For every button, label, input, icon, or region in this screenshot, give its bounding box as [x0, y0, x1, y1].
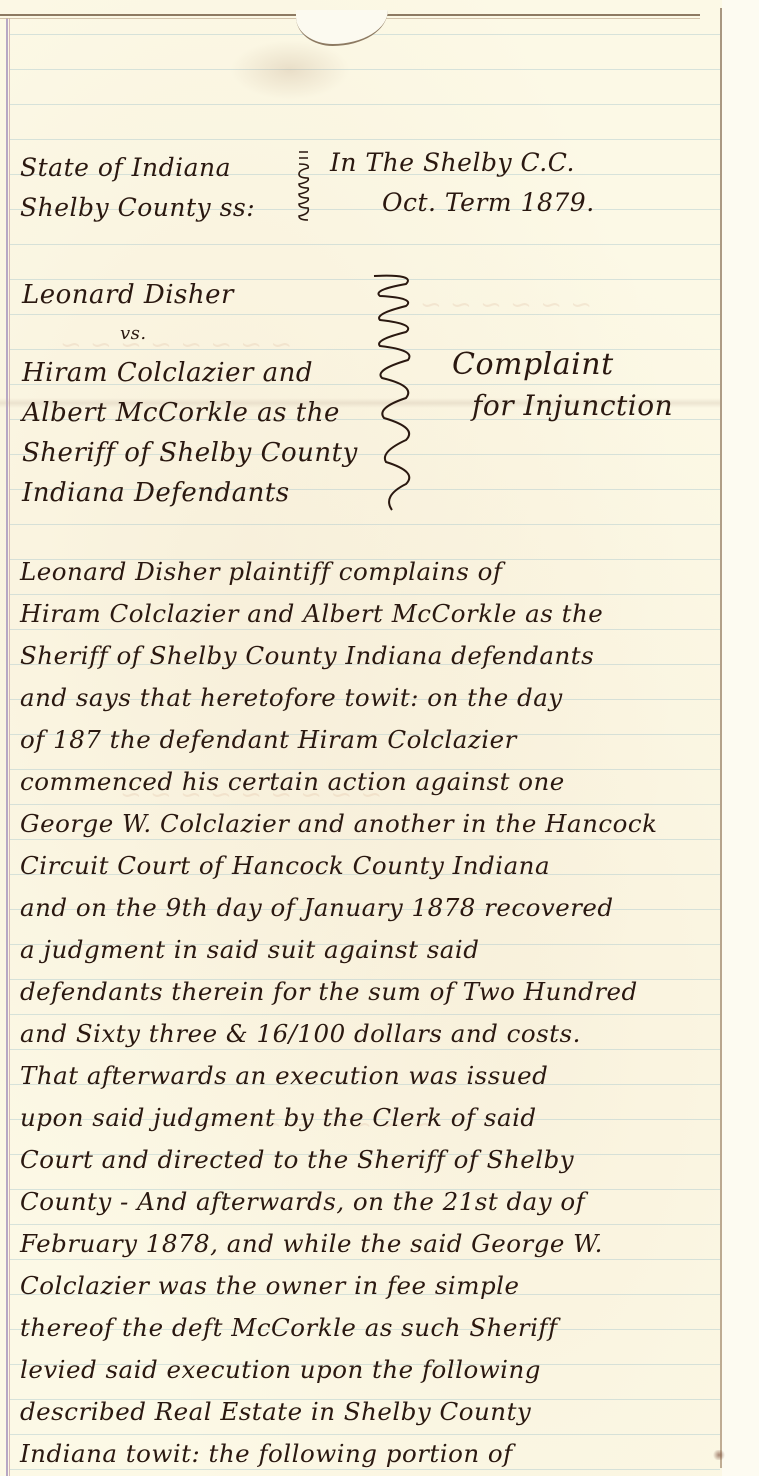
body-line: Sheriff of Shelby County Indiana defenda…: [20, 644, 594, 669]
body-line: a judgment in said suit against said: [20, 938, 479, 963]
left-margin-rule-secondary: [9, 18, 10, 1476]
manuscript-page: ~ ~ ~ ~ ~ ~ ~ ~ ~ ~ ~ ~ ~ ~ ~ ~ ~ ~ ~ ~ …: [0, 0, 759, 1476]
body-line: Leonard Disher plaintiff complains of: [20, 560, 502, 585]
body-line: Circuit Court of Hancock County Indiana: [20, 854, 550, 879]
ink-blot: [712, 1450, 726, 1460]
body-line: Hiram Colclazier and Albert McCorkle as …: [20, 602, 603, 627]
defendant-line-4: Indiana Defendants: [22, 480, 290, 506]
body-line: upon said judgment by the Clerk of said: [20, 1106, 537, 1131]
body-line: defendants therein for the sum of Two Hu…: [20, 980, 638, 1005]
body-line: That afterwards an execution was issued: [20, 1064, 548, 1089]
caption-state: State of Indiana: [20, 155, 231, 180]
body-line: commenced his certain action against one: [20, 770, 565, 795]
body-line: Indiana towit: the following portion of: [20, 1442, 513, 1467]
caption-court: In The Shelby C.C.: [330, 150, 575, 175]
left-margin-rule: [6, 18, 8, 1476]
defendant-line-3: Sheriff of Shelby County: [22, 440, 358, 466]
body-line: described Real Estate in Shelby County: [20, 1400, 531, 1425]
caption-county: Shelby County ss:: [20, 195, 255, 220]
body-line: February 1878, and while the said George…: [20, 1232, 603, 1257]
paper-stain: [230, 40, 350, 100]
document-title-line-2: for Injunction: [472, 392, 673, 420]
body-line: levied said execution upon the following: [20, 1358, 541, 1383]
backing-sheet: [722, 0, 759, 1476]
body-line: and on the 9th day of January 1878 recov…: [20, 896, 614, 921]
plaintiff-name: Leonard Disher: [22, 282, 234, 308]
body-line: of 187 the defendant Hiram Colclazier: [20, 728, 517, 753]
body-line: thereof the deft McCorkle as such Sherif…: [20, 1316, 558, 1341]
body-line: and says that heretofore towit: on the d…: [20, 686, 563, 711]
body-line: and Sixty three & 16/100 dollars and cos…: [20, 1022, 581, 1047]
body-line: Colclazier was the owner in fee simple: [20, 1274, 520, 1299]
document-title-line-1: Complaint: [452, 350, 614, 380]
parties-brace-icon: [366, 270, 426, 516]
body-line: County - And afterwards, on the 21st day…: [20, 1190, 585, 1215]
body-line: Court and directed to the Sheriff of She…: [20, 1148, 574, 1173]
versus-label: vs.: [120, 325, 147, 343]
body-line: George W. Colclazier and another in the …: [20, 812, 657, 837]
caption-term: Oct. Term 1879.: [382, 190, 595, 215]
caption-brace-icon: [296, 150, 312, 222]
defendant-line-1: Hiram Colclazier and: [22, 360, 313, 386]
defendant-line-2: Albert McCorkle as the: [22, 400, 340, 426]
